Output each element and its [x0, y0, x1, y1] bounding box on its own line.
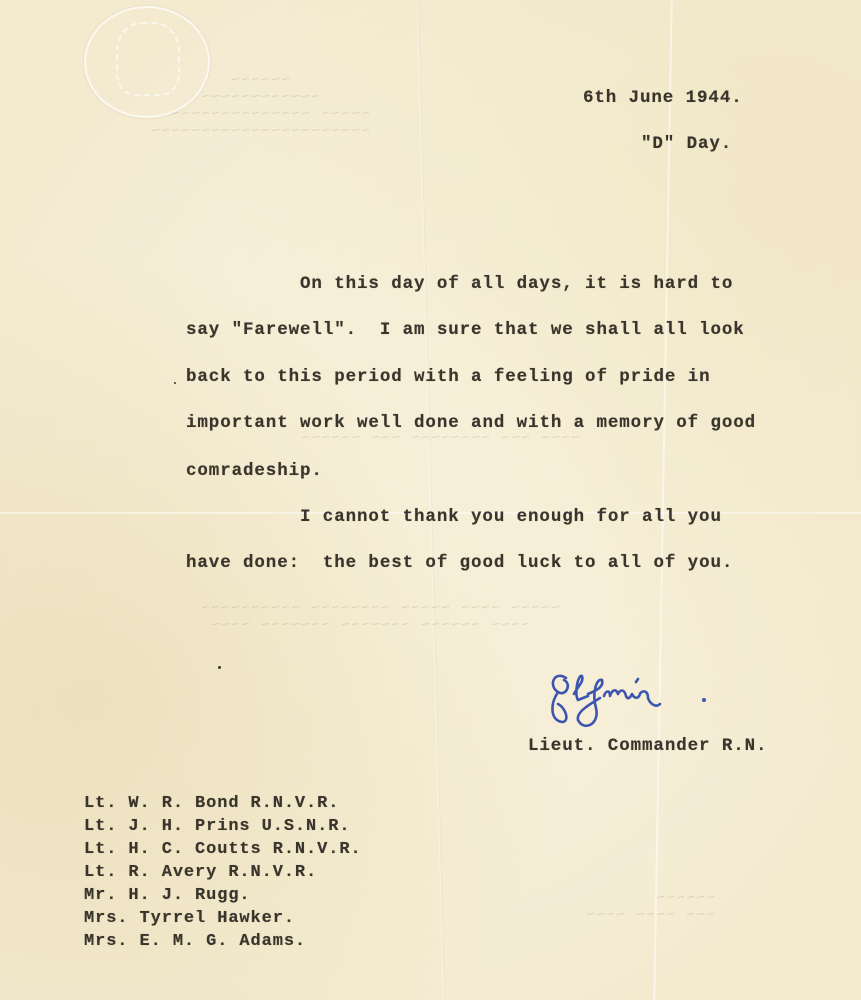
- recipient: Mrs. Tyrrel Hawker.: [84, 907, 295, 930]
- body-line: have done: the best of good luck to all …: [186, 553, 733, 573]
- recipient: Mrs. E. M. G. Adams.: [84, 930, 306, 953]
- recipient: Lt. H. C. Coutts R.N.V.R.: [84, 838, 362, 861]
- show-through-text: ~~~~~~ ~~~ ~~~~ ~~~~: [585, 890, 715, 924]
- body-line: say "Farewell". I am sure that we shall …: [186, 320, 745, 340]
- letter-day-label: "D" Day.: [641, 134, 732, 154]
- recipient: Lt. J. H. Prins U.S.N.R.: [84, 815, 350, 838]
- body-line: back to this period with a feeling of pr…: [186, 367, 710, 387]
- handwritten-signature: [544, 664, 724, 738]
- signatory-title: Lieut. Commander R.N.: [528, 736, 767, 756]
- show-through-text: ~~~~~ ~~~~ ~~~~~ ~~~~~~~~ ~~~~~~~~~~ ~~~…: [200, 600, 560, 634]
- recipient: Lt. W. R. Bond R.N.V.R.: [84, 792, 339, 815]
- show-through-text: ~~~~~~ ~~~~~~~~~~~~ ~~~~~ ~~~~~~~~~~~~~~…: [150, 72, 400, 140]
- ink-speck: [174, 382, 176, 384]
- recipient: Lt. R. Avery R.N.V.R.: [84, 861, 317, 884]
- body-line: I cannot thank you enough for all you: [300, 507, 722, 527]
- ink-speck: [218, 666, 221, 669]
- recipient: Mr. H. J. Rugg.: [84, 884, 251, 907]
- body-line: On this day of all days, it is hard to: [300, 274, 733, 294]
- letter-date: 6th June 1944.: [583, 88, 743, 108]
- body-line: important work well done and with a memo…: [186, 413, 756, 433]
- body-line: comradeship.: [186, 461, 323, 481]
